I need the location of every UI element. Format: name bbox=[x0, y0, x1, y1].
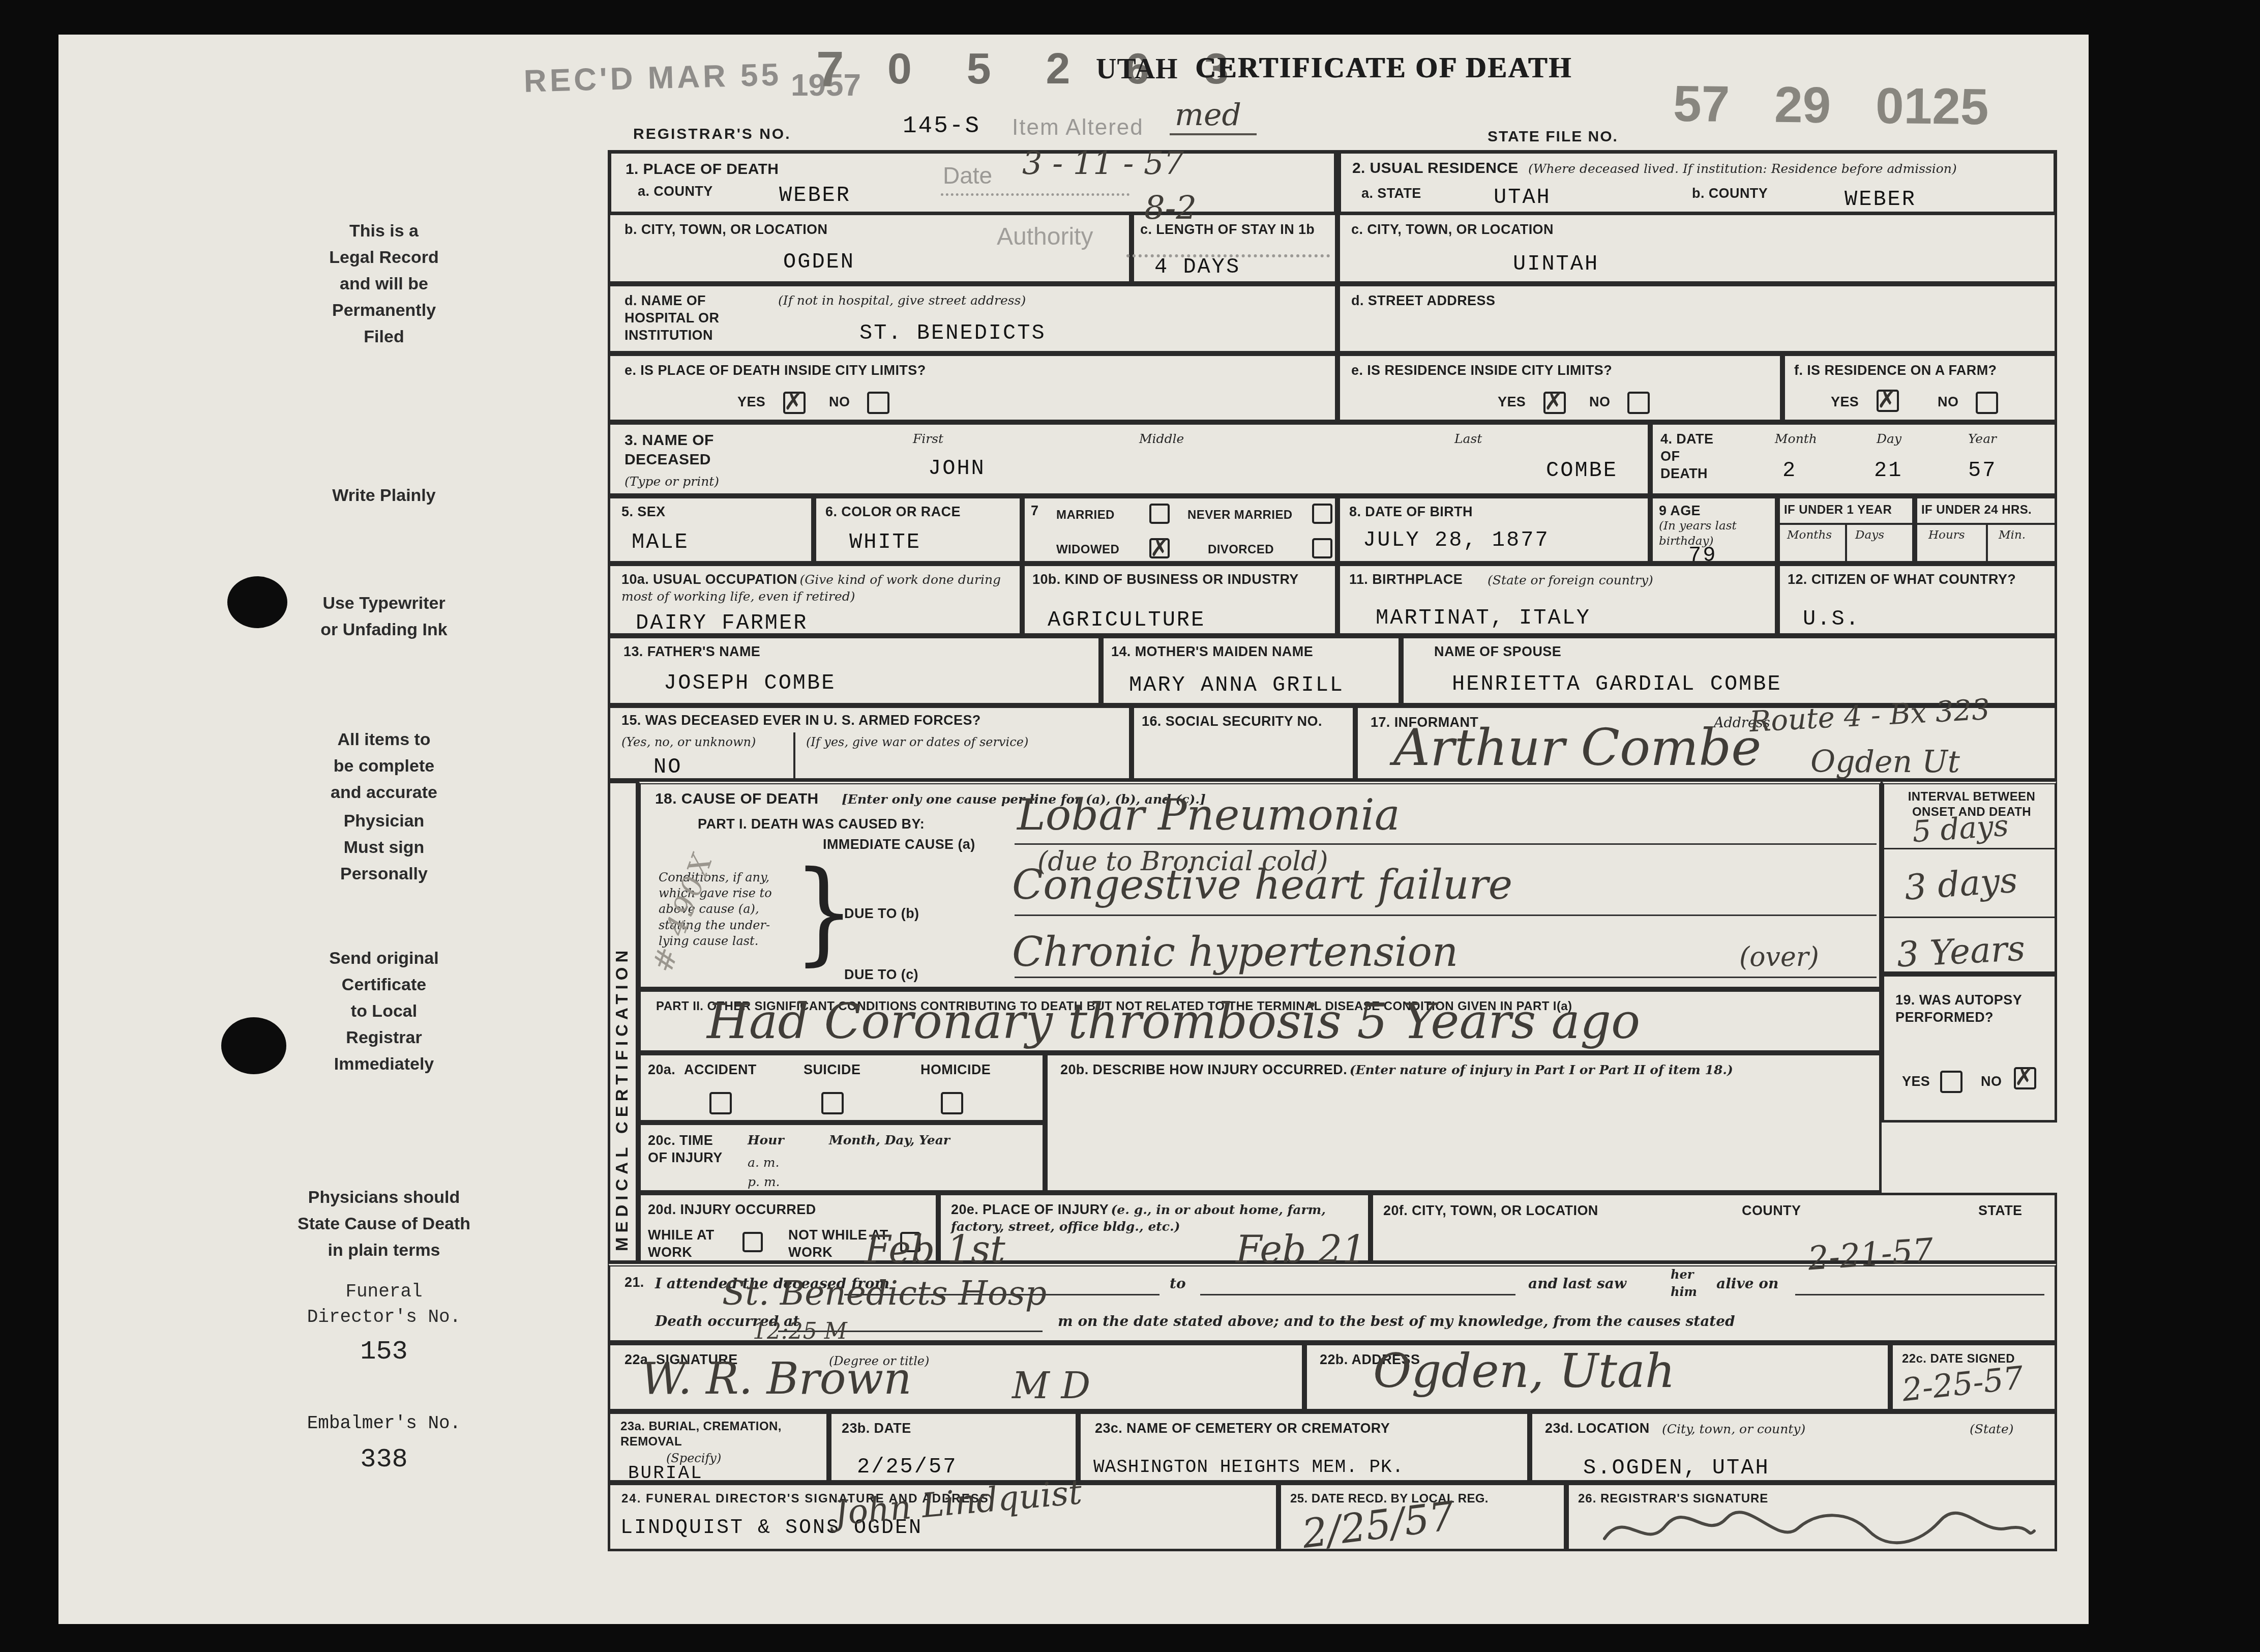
cell-name-of-deceased: 3. NAME OF DECEASED (Type or print) Firs… bbox=[608, 422, 1650, 496]
attended-to-value: Feb 21 bbox=[1236, 1231, 1366, 1268]
sex-value: MALE bbox=[632, 530, 689, 554]
cell-fathers-name: 13. FATHER'S NAME JOSEPH COMBE bbox=[608, 636, 1101, 705]
registrar-signature-scribble bbox=[1599, 1503, 2037, 1551]
attended-item-label: 21. bbox=[625, 1274, 644, 1291]
cemetery-label: 23c. NAME OF CEMETERY OR CREMATORY bbox=[1095, 1420, 1390, 1437]
suicide-checkbox bbox=[821, 1092, 844, 1114]
funeral-directors-no-label: Funeral Director's No. bbox=[252, 1279, 516, 1330]
received-date-stamp: REC'D MAR 55 bbox=[523, 56, 782, 99]
item-altered-value: med bbox=[1170, 100, 1257, 135]
time-note-value: 12:25 M bbox=[753, 1320, 847, 1343]
cause-a-value: Lobar Pneumonia bbox=[1017, 793, 1400, 836]
burial-label: 23a. BURIAL, CREMATION, REMOVAL bbox=[620, 1419, 819, 1450]
place-city-limits-label: e. IS PLACE OF DEATH INSIDE CITY LIMITS? bbox=[625, 362, 926, 379]
place-city-label: b. CITY, TOWN, OR LOCATION bbox=[625, 221, 827, 239]
deceased-hint: (Type or print) bbox=[625, 474, 719, 490]
state-file-no-label: STATE FILE NO. bbox=[1488, 127, 1618, 146]
residence-farm-no-label: NO bbox=[1938, 394, 1958, 411]
injury-pm-label: p. m. bbox=[748, 1174, 780, 1191]
cell-residence-farm: f. IS RESIDENCE ON A FARM? YES ✗ NO bbox=[1782, 353, 2057, 422]
cell-registrar-signature: 26. REGISTRAR'S SIGNATURE bbox=[1566, 1483, 2057, 1551]
cell-date-of-birth: 8. DATE OF BIRTH JULY 28, 1877 bbox=[1337, 496, 1650, 564]
due-to-b-label: DUE TO (b) bbox=[844, 905, 919, 923]
injury-20f-label: 20f. CITY, TOWN, OR LOCATION bbox=[1383, 1202, 1598, 1220]
residence-county-label: b. COUNTY bbox=[1692, 185, 1768, 202]
death-year-value: 57 bbox=[1968, 458, 1997, 483]
margin-note-legal-record: This is a Legal Record and will be Perma… bbox=[252, 218, 516, 350]
cell-residence-city: c. CITY, TOWN, OR LOCATION UINTAH bbox=[1337, 213, 2057, 284]
burial-location-value: S.OGDEN, UTAH bbox=[1583, 1456, 1770, 1480]
birthplace-value: MARTINAT, ITALY bbox=[1376, 606, 1591, 630]
date-of-death-label: 4. DATE OF DEATH bbox=[1660, 431, 1713, 482]
margin-note-typewriter: Use Typewriter or Unfading Ink bbox=[252, 590, 516, 643]
divider bbox=[1884, 917, 2055, 918]
cause-b-value: Congestive heart failure bbox=[1012, 865, 1512, 905]
place-county-label: a. COUNTY bbox=[638, 183, 713, 200]
cell-date-of-death: 4. DATE OF DEATH Month Day Year 2 21 57 bbox=[1650, 422, 2057, 496]
margin-note-plain-terms: Physicians should State Cause of Death i… bbox=[231, 1184, 537, 1263]
citizen-value: U.S. bbox=[1803, 607, 1860, 631]
attended-to-word: to bbox=[1170, 1275, 1186, 1293]
father-label: 13. FATHER'S NAME bbox=[623, 643, 760, 661]
cause-part1-label: PART I. DEATH WAS CAUSED BY: bbox=[698, 816, 925, 833]
residence-limits-no-checkbox bbox=[1627, 392, 1650, 414]
months-label: Months bbox=[1787, 528, 1832, 543]
married-checkbox bbox=[1149, 504, 1170, 524]
cell-time-of-injury: 20c. TIME OF INJURY Hour a. m. p. m. Mon… bbox=[638, 1123, 1045, 1193]
autopsy-no-label: NO bbox=[1981, 1073, 2002, 1090]
citizen-label: 12. CITIZEN OF WHAT COUNTRY? bbox=[1788, 571, 2052, 588]
cell-armed-forces: 15. WAS DECEASED EVER IN U. S. ARMED FOR… bbox=[608, 705, 1132, 781]
widowed-label: WIDOWED bbox=[1056, 542, 1119, 557]
hospital-hint: (If not in hospital, give street address… bbox=[778, 292, 1026, 309]
usual-residence-title: 2. USUAL RESIDENCE bbox=[1352, 159, 1519, 178]
state-file-no-value: 57 29 0125 bbox=[1673, 75, 1989, 136]
residence-state-label: a. STATE bbox=[1361, 185, 1421, 202]
cell-if-under-1-year: IF UNDER 1 YEAR Months Days bbox=[1777, 496, 1915, 564]
divider bbox=[1884, 848, 2055, 849]
autopsy-no-mark: ✗ bbox=[2014, 1063, 2034, 1090]
race-label: 6. COLOR OR RACE bbox=[825, 504, 961, 521]
street-address-label: d. STREET ADDRESS bbox=[1351, 292, 1495, 310]
cell-marital-status: 7 MARRIED NEVER MARRIED WIDOWED ✗ DIVORC… bbox=[1022, 496, 1337, 564]
injury-hour-label: Hour bbox=[748, 1132, 784, 1149]
divider bbox=[1986, 523, 1988, 561]
place-limits-yes-checkbox: ✗ bbox=[783, 392, 806, 414]
attended-text3: alive on bbox=[1716, 1275, 1778, 1293]
injury-20a-label: 20a. bbox=[648, 1061, 675, 1079]
residence-farm-yes-label: YES bbox=[1831, 394, 1859, 411]
cause-c-value: Chronic hypertension bbox=[1012, 932, 1458, 972]
mother-label: 14. MOTHER'S MAIDEN NAME bbox=[1111, 643, 1313, 661]
birthplace-hint: (State or foreign country) bbox=[1488, 572, 1653, 589]
never-married-checkbox bbox=[1312, 504, 1332, 524]
title-certificate-of-death: CERTIFICATE OF DEATH bbox=[1195, 52, 1572, 84]
cell-place-city-limits: e. IS PLACE OF DEATH INSIDE CITY LIMITS?… bbox=[608, 353, 1337, 422]
place-limits-yes-label: YES bbox=[737, 394, 765, 411]
residence-limits-yes-checkbox: ✗ bbox=[1543, 392, 1566, 414]
residence-farm-yes-mark: ✗ bbox=[1877, 386, 1897, 413]
cell-burial: 23a. BURIAL, CREMATION, REMOVAL (Specify… bbox=[608, 1411, 829, 1483]
forces-hint1: (Yes, no, or unknown) bbox=[621, 734, 789, 750]
place-city-value: OGDEN bbox=[783, 250, 855, 274]
cell-residence-city-limits: e. IS RESIDENCE INSIDE CITY LIMITS? YES … bbox=[1337, 353, 1782, 422]
injury-20b-hint: (Enter nature of injury in Part I or Par… bbox=[1350, 1063, 1733, 1077]
suicide-label: SUICIDE bbox=[804, 1061, 860, 1079]
title-utah: UTAH bbox=[1096, 53, 1178, 85]
attended-him: him bbox=[1671, 1284, 1697, 1300]
date-stamp-value: 3 - 11 - 57 bbox=[1022, 147, 1184, 179]
margin-note-write-plainly: Write Plainly bbox=[252, 482, 516, 509]
birthplace-label: 11. BIRTHPLACE bbox=[1349, 571, 1463, 588]
cell-usual-residence: 2. USUAL RESIDENCE (Where deceased lived… bbox=[1337, 150, 2057, 215]
attended-from-value: Feb 1st bbox=[865, 1231, 1005, 1268]
due-to-c-label: DUE TO (c) bbox=[844, 966, 918, 984]
burial-location-hint: (City, town, or county) bbox=[1662, 1421, 1805, 1438]
burial-date-value: 2/25/57 bbox=[857, 1455, 957, 1479]
injury-state-label: STATE bbox=[1978, 1202, 2023, 1220]
burial-location-label: 23d. LOCATION bbox=[1545, 1420, 1650, 1437]
registrars-no-label: REGISTRAR'S NO. bbox=[633, 125, 791, 144]
injury-20b-label: 20b. DESCRIBE HOW INJURY OCCURRED. bbox=[1060, 1062, 1347, 1077]
authority-stamp-line bbox=[1126, 254, 1330, 257]
attended-text2: and last saw bbox=[1528, 1275, 1626, 1293]
signer-address-value: Ogden, Utah bbox=[1373, 1348, 1675, 1395]
place-county-value: WEBER bbox=[779, 183, 851, 208]
cell-age: 9 AGE (In years last birthday) 79 bbox=[1650, 496, 1777, 564]
embalmers-no-label: Embalmer's No. bbox=[252, 1413, 516, 1434]
residence-limits-no-label: NO bbox=[1589, 394, 1610, 411]
death-day-label: Day bbox=[1877, 431, 1901, 448]
death-month-value: 2 bbox=[1782, 458, 1797, 483]
interval-b-value: 3 days bbox=[1904, 863, 2018, 905]
cell-industry: 10b. KIND OF BUSINESS OR INDUSTRY AGRICU… bbox=[1022, 564, 1337, 636]
while-at-work-checkbox bbox=[742, 1232, 763, 1252]
industry-value: AGRICULTURE bbox=[1048, 608, 1205, 632]
occupation-label: 10a. USUAL OCCUPATION bbox=[621, 572, 797, 587]
cell-color-or-race: 6. COLOR OR RACE WHITE bbox=[814, 496, 1022, 564]
ssn-label: 16. SOCIAL SECURITY NO. bbox=[1142, 713, 1350, 730]
hospital-label: d. NAME OF HOSPITAL OR INSTITUTION bbox=[625, 292, 762, 344]
widowed-checkbox: ✗ bbox=[1149, 538, 1170, 558]
death-occurred-place-value: St. Benedicts Hosp bbox=[722, 1277, 1047, 1310]
authority-stamp-label: Authority bbox=[997, 223, 1093, 251]
divider bbox=[1845, 523, 1847, 561]
interval-c-value: 3 Years bbox=[1896, 931, 2026, 972]
margin-note-send-original: Send original Certificate to Local Regis… bbox=[252, 945, 516, 1077]
occupation-label-wrap: 10a. USUAL OCCUPATION (Give kind of work… bbox=[621, 571, 1013, 605]
cell-birthplace: 11. BIRTHPLACE (State or foreign country… bbox=[1337, 564, 1777, 636]
father-value: JOSEPH COMBE bbox=[664, 671, 836, 695]
forces-label: 15. WAS DECEASED EVER IN U. S. ARMED FOR… bbox=[621, 712, 981, 729]
injury-mdy-label: Month, Day, Year bbox=[829, 1132, 950, 1149]
first-name-value: JOHN bbox=[928, 456, 986, 481]
place-of-death-title: 1. PLACE OF DEATH bbox=[626, 160, 779, 179]
signature-degree-value: M D bbox=[1012, 1367, 1090, 1404]
authority-value: 8-2 bbox=[1144, 192, 1197, 225]
divider bbox=[793, 732, 795, 781]
burial-value: BURIAL bbox=[628, 1463, 703, 1484]
death-day-value: 21 bbox=[1874, 458, 1902, 483]
cell-accident-suicide-homicide: 20a. ACCIDENT SUICIDE HOMICIDE bbox=[638, 1053, 1045, 1123]
injury-20d-label: 20d. INJURY OCCURRED bbox=[648, 1201, 816, 1219]
part2-value: Had Coronary thrombosis 5 Years ago bbox=[707, 998, 1640, 1046]
cell-autopsy: 19. WAS AUTOPSY PERFORMED? YES NO ✗ bbox=[1882, 974, 2057, 1123]
spouse-value: HENRIETTA GARDIAL COMBE bbox=[1452, 672, 1782, 696]
length-of-stay-value: 4 DAYS bbox=[1154, 255, 1240, 279]
residence-state-value: UTAH bbox=[1494, 185, 1551, 210]
burial-state-hint: (State) bbox=[1970, 1421, 2013, 1438]
cell-hospital: d. NAME OF HOSPITAL OR INSTITUTION (If n… bbox=[608, 284, 1337, 353]
birth-value: JULY 28, 1877 bbox=[1363, 528, 1550, 552]
interval-a-value: 5 days bbox=[1911, 810, 2009, 846]
days-label: Days bbox=[1855, 528, 1884, 543]
funeral-directors-no-value: 153 bbox=[252, 1337, 516, 1367]
spouse-label: NAME OF SPOUSE bbox=[1434, 643, 1561, 661]
cell-if-under-24-hrs: IF UNDER 24 HRS. Hours Min. bbox=[1915, 496, 2057, 564]
cell-citizen: 12. CITIZEN OF WHAT COUNTRY? U.S. bbox=[1777, 564, 2057, 636]
cell-burial-date: 23b. DATE 2/25/57 bbox=[829, 1411, 1078, 1483]
residence-city-label: c. CITY, TOWN, OR LOCATION bbox=[1351, 221, 1554, 239]
hospital-value: ST. BENEDICTS bbox=[859, 321, 1046, 345]
first-name-label: First bbox=[913, 431, 943, 448]
residence-limits-yes-label: YES bbox=[1498, 394, 1526, 411]
occupation-value: DAIRY FARMER bbox=[636, 611, 808, 635]
while-at-work-label: WHILE AT WORK bbox=[648, 1227, 734, 1261]
last-name-label: Last bbox=[1454, 431, 1482, 448]
residence-farm-no-checkbox bbox=[1976, 392, 1998, 414]
under-24-hrs-label: IF UNDER 24 HRS. bbox=[1921, 503, 2054, 518]
residence-city-value: UINTAH bbox=[1513, 252, 1599, 276]
cell-burial-location: 23d. LOCATION (City, town, or county) (S… bbox=[1530, 1411, 2057, 1483]
widowed-mark: ✗ bbox=[1150, 534, 1170, 562]
place-limits-yes-mark: ✗ bbox=[784, 388, 804, 415]
autopsy-yes-label: YES bbox=[1902, 1073, 1930, 1090]
min-label: Min. bbox=[1999, 528, 2026, 543]
informant-address-line2: Ogden Ut bbox=[1810, 747, 1960, 777]
attended-date-value: 2-21-57 bbox=[1807, 1234, 1935, 1275]
injury-20c-label: 20c. TIME OF INJURY bbox=[648, 1132, 734, 1167]
serial-stamp-seven: 7 bbox=[816, 41, 844, 98]
cell-describe-injury: 20b. DESCRIBE HOW INJURY OCCURRED. (Ente… bbox=[1045, 1053, 1882, 1193]
injury-20b-wrap: 20b. DESCRIBE HOW INJURY OCCURRED. (Ente… bbox=[1060, 1061, 1869, 1079]
cell-medical-certification-strip: MEDICAL CERTIFICATION bbox=[608, 781, 638, 1263]
autopsy-no-checkbox: ✗ bbox=[2014, 1067, 2036, 1089]
attended-text5: m on the date stated above; and to the b… bbox=[1058, 1312, 1735, 1331]
attended-her: her bbox=[1671, 1266, 1693, 1282]
residence-county-value: WEBER bbox=[1845, 187, 1916, 212]
death-year-label: Year bbox=[1968, 431, 1997, 448]
injury-am-label: a. m. bbox=[748, 1155, 779, 1171]
item-altered-stamp: Item Altered bbox=[1012, 115, 1144, 140]
informant-signature: Arthur Combe bbox=[1393, 722, 1761, 773]
accident-label: ACCIDENT bbox=[684, 1061, 757, 1079]
age-hint: (In years last birthday) bbox=[1659, 519, 1776, 549]
cell-injury-location: 20f. CITY, TOWN, OR LOCATION COUNTY STAT… bbox=[1371, 1193, 2057, 1263]
cell-usual-occupation: 10a. USUAL OCCUPATION (Give kind of work… bbox=[608, 564, 1022, 636]
married-label: MARRIED bbox=[1056, 508, 1115, 523]
cell-ssn: 16. SOCIAL SECURITY NO. bbox=[1132, 705, 1355, 781]
injury-county-label: COUNTY bbox=[1742, 1202, 1801, 1220]
place-limits-no-checkbox bbox=[867, 392, 889, 414]
margin-note-physician-sign: Physician Must sign Personally bbox=[252, 808, 516, 887]
death-month-label: Month bbox=[1775, 431, 1817, 448]
usual-residence-hint: (Where deceased lived. If institution: R… bbox=[1528, 161, 2052, 178]
cause-label: 18. CAUSE OF DEATH bbox=[655, 789, 819, 809]
cell-cemetery: 23c. NAME OF CEMETERY OR CREMATORY WASHI… bbox=[1078, 1411, 1530, 1483]
never-married-label: NEVER MARRIED bbox=[1187, 508, 1293, 523]
race-value: WHITE bbox=[849, 530, 921, 554]
cause-c-over-note: (over) bbox=[1739, 944, 1819, 970]
birth-label: 8. DATE OF BIRTH bbox=[1349, 504, 1473, 521]
marital-label: 7 bbox=[1031, 503, 1038, 520]
medical-certification-side-label: MEDICAL CERTIFICATION bbox=[612, 793, 632, 1251]
residence-limits-yes-mark: ✗ bbox=[1544, 388, 1564, 415]
divorced-label: DIVORCED bbox=[1208, 542, 1274, 557]
homicide-label: HOMICIDE bbox=[920, 1061, 991, 1079]
autopsy-yes-checkbox bbox=[1940, 1071, 1962, 1093]
cell-street-address: d. STREET ADDRESS bbox=[1337, 284, 2057, 353]
signature-value: W. R. Brown bbox=[641, 1357, 912, 1401]
injury-20e-label: 20e. PLACE OF INJURY bbox=[951, 1202, 1109, 1217]
residence-farm-label: f. IS RESIDENCE ON A FARM? bbox=[1794, 362, 1997, 379]
homicide-checkbox bbox=[941, 1092, 963, 1114]
forces-hint2: (If yes, give war or dates of service) bbox=[806, 734, 1111, 750]
industry-label: 10b. KIND OF BUSINESS OR INDUSTRY bbox=[1032, 571, 1332, 588]
deceased-label: 3. NAME OF DECEASED bbox=[625, 431, 714, 469]
accident-checkbox bbox=[709, 1092, 732, 1114]
forces-value: NO bbox=[653, 755, 682, 779]
mother-value: MARY ANNA GRILL bbox=[1129, 673, 1344, 697]
embalmers-no-value: 338 bbox=[252, 1444, 516, 1474]
age-label: 9 AGE bbox=[1659, 503, 1701, 520]
sex-label: 5. SEX bbox=[621, 504, 665, 521]
registrars-no-value: 145-S bbox=[903, 113, 980, 139]
burial-date-label: 23b. DATE bbox=[842, 1420, 911, 1437]
scanned-death-certificate: This is a Legal Record and will be Perma… bbox=[0, 0, 2260, 1652]
hours-label: Hours bbox=[1928, 528, 1965, 543]
residence-farm-yes-checkbox: ✗ bbox=[1877, 390, 1899, 412]
under-1-year-label: IF UNDER 1 YEAR bbox=[1784, 503, 1911, 518]
cell-mothers-maiden-name: 14. MOTHER'S MAIDEN NAME MARY ANNA GRILL bbox=[1101, 636, 1401, 705]
cell-sex: 5. SEX MALE bbox=[608, 496, 814, 564]
residence-limits-label: e. IS RESIDENCE INSIDE CITY LIMITS? bbox=[1351, 362, 1612, 379]
cemetery-value: WASHINGTON HEIGHTS MEM. PK. bbox=[1093, 1457, 1404, 1478]
autopsy-label: 19. WAS AUTOPSY PERFORMED? bbox=[1895, 992, 2048, 1026]
margin-note-complete: All items to be complete and accurate bbox=[252, 726, 516, 806]
divorced-checkbox bbox=[1312, 538, 1332, 558]
last-name-value: COMBE bbox=[1546, 458, 1618, 483]
place-limits-no-label: NO bbox=[829, 394, 850, 411]
middle-name-label: Middle bbox=[1139, 431, 1184, 448]
